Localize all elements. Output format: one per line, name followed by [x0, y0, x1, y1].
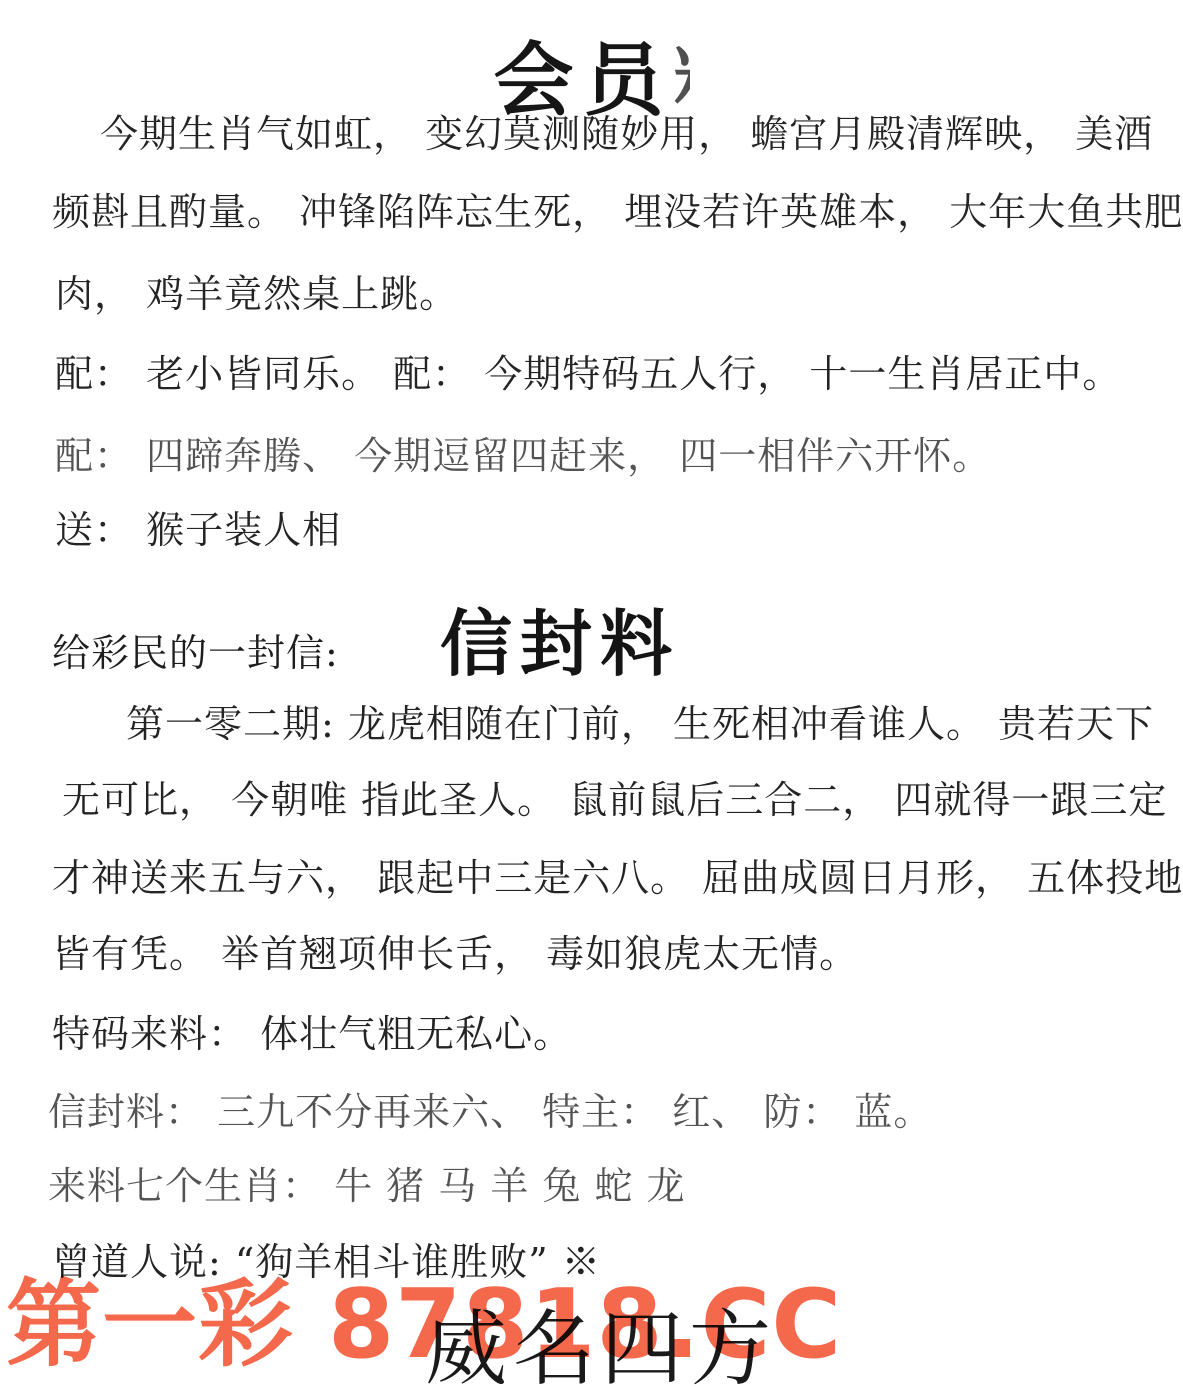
member-line-4: 配： 老小皆同乐。 配： 今期特码五人行， 十一生肖居正中。: [55, 352, 1121, 398]
envelope-line-1: 第一零二期: 龙虎相随在门前， 生死相冲看谁人。 贵若天下: [126, 702, 1154, 748]
envelope-line-4: 皆有凭。 举首翘项伸长舌， 毒如狼虎太无情。: [52, 932, 858, 978]
member-line-2: 频斟且酌量。 冲锋陷阵忘生死， 埋没若许英雄本， 大年大鱼共肥: [52, 190, 1183, 236]
envelope-section-title: 信封料: [440, 586, 680, 690]
member-line-5: 配： 四蹄奔腾、 今期逗留四赶来， 四一相伴六开怀。: [55, 434, 991, 480]
envelope-line-6: 信封料： 三九不分再来六、 特主： 红、 防： 蓝。: [48, 1090, 932, 1136]
site-watermark: 第一彩 87818.CC: [6, 1278, 842, 1373]
envelope-intro-label: 给彩民的一封信:: [52, 622, 339, 677]
member-line-1: 今期生肖气如虹， 变幻莫测随妙用， 蟾宫月殿清辉映， 美酒: [100, 112, 1153, 158]
member-line-3: 肉， 鸡羊竟然桌上跳。: [55, 272, 458, 318]
envelope-line-7: 来料七个生肖： 牛 猪 马 羊 兔 蛇 龙: [48, 1164, 686, 1210]
member-line-6: 送： 猴子装人相: [55, 508, 341, 554]
envelope-line-5: 特码来料： 体壮气粗无私心。: [52, 1012, 572, 1058]
scanned-document-page: 会员料 今期生肖气如虹， 变幻莫测随妙用， 蟾宫月殿清辉映， 美酒 频斟且酌量。…: [0, 0, 1183, 1388]
envelope-line-2: 无可比， 今朝唯 指此圣人。 鼠前鼠后三合二， 四就得一跟三定: [62, 778, 1167, 824]
envelope-line-3: 才神送来五与六， 跟起中三是六八。 屈曲成圆日月形， 五体投地: [52, 856, 1183, 902]
